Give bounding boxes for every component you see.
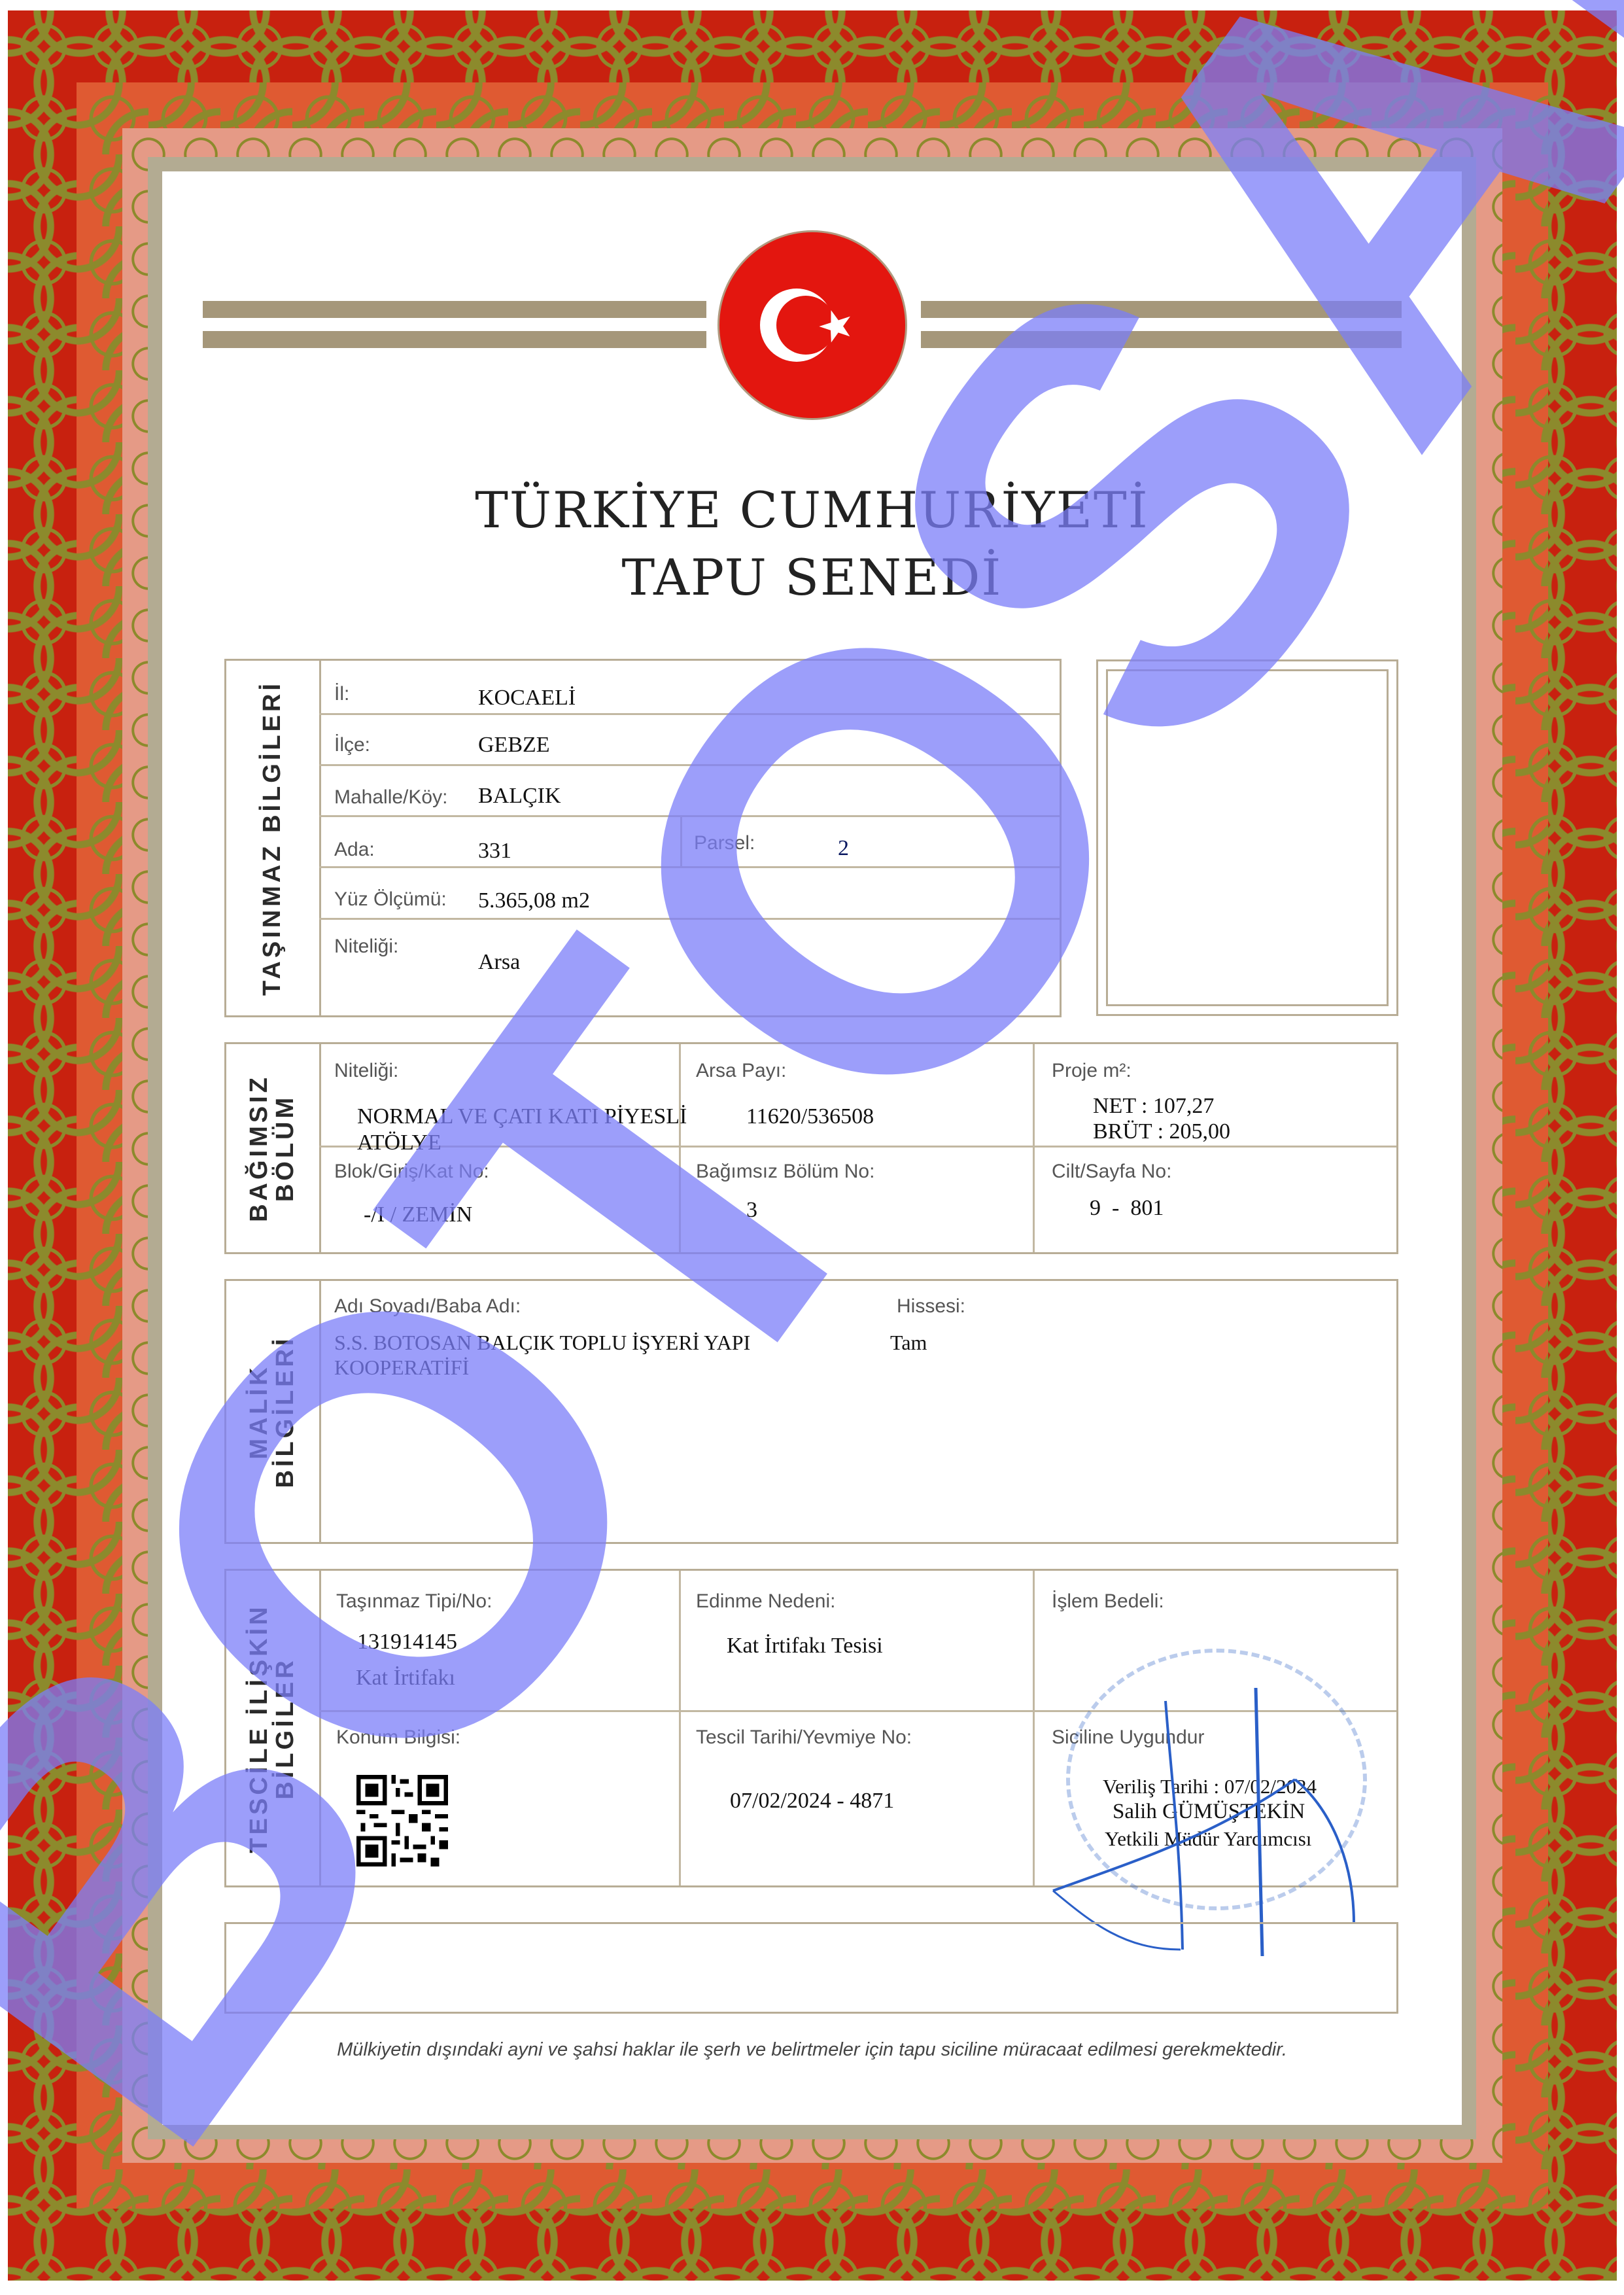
remarks-box xyxy=(224,1922,1398,2014)
proje-label: Proje m²: xyxy=(1052,1060,1132,1082)
konum-label: Konum Bilgisi: xyxy=(336,1726,460,1749)
section-bagimsiz-sidebar: BAĞIMSIZ BÖLÜM xyxy=(226,1044,321,1252)
document-subtitle: TAPU SENEDİ xyxy=(0,548,1624,606)
mahalle-label: Mahalle/Köy: xyxy=(334,786,447,809)
column-divider xyxy=(1033,1044,1035,1252)
edinme-value: Kat İrtifakı Tesisi xyxy=(727,1634,883,1658)
section-malik-sidebar: MALİK BİLGİLERİ xyxy=(226,1281,321,1542)
section-malik-title-line2: BİLGİLERİ xyxy=(273,1335,299,1488)
section-tescil-title-line2: BİLGİLER xyxy=(273,1603,299,1853)
proje-brut-value: BRÜT : 205,00 xyxy=(1093,1119,1230,1144)
adi-line2: KOOPERATİFİ xyxy=(334,1356,469,1380)
ada-label: Ada: xyxy=(334,839,375,861)
yuz-olcumu-label: Yüz Ölçümü: xyxy=(334,888,447,911)
bb-niteligi-label: Niteliği: xyxy=(334,1060,398,1082)
hissesi-value: Tam xyxy=(890,1331,927,1355)
mahalle-value: BALÇIK xyxy=(478,784,561,809)
column-divider xyxy=(679,1044,681,1252)
tescil-tarihi-value: 07/02/2024 - 4871 xyxy=(730,1789,894,1813)
ilce-value: GEBZE xyxy=(478,733,550,758)
il-label: İl: xyxy=(334,683,349,705)
row-divider xyxy=(319,713,1060,715)
niteligi-label: Niteliği: xyxy=(334,936,398,958)
parsel-value: 2 xyxy=(838,836,849,861)
il-value: KOCAELİ xyxy=(478,686,576,710)
row-divider xyxy=(319,764,1060,766)
document-title: TÜRKİYE CUMHURİYETİ xyxy=(0,481,1624,539)
section-tasinmaz-sidebar: TAŞINMAZ BİLGİLERİ xyxy=(226,661,321,1015)
niteligi-value: Arsa xyxy=(478,950,520,975)
tasinmaz-tipi-label: Taşınmaz Tipi/No: xyxy=(336,1590,492,1613)
row-divider xyxy=(319,866,1060,868)
bb-niteligi-line2: ATÖLYE xyxy=(357,1130,441,1155)
proje-net-value: NET : 107,27 xyxy=(1093,1094,1214,1119)
row-divider xyxy=(319,918,1060,920)
row-divider xyxy=(319,1146,1396,1147)
hissesi-label: Hissesi: xyxy=(897,1295,965,1318)
adi-line1: S.S. BOTOSAN BALÇIK TOPLU İŞYERİ YAPI xyxy=(334,1331,750,1355)
section-bagimsiz-title: BAĞIMSIZ BÖLÜM xyxy=(247,1074,299,1222)
section-tescil-sidebar: TESCİLE İLİŞKİN BİLGİLER xyxy=(226,1571,321,1885)
ada-value: 331 xyxy=(478,839,511,864)
cilt-value: 9 - 801 xyxy=(1090,1196,1164,1221)
tasinmaz-tipi-value: Kat İrtifakı xyxy=(356,1666,455,1691)
section-tasinmaz-title: TAŞINMAZ BİLGİLERİ xyxy=(260,680,286,996)
blok-value: -/I / ZEMİN xyxy=(364,1202,472,1227)
footer-note: Mülkiyetin dışındaki ayni ve şahsi hakla… xyxy=(0,2039,1624,2061)
arsa-payi-label: Arsa Payı: xyxy=(696,1060,786,1082)
section-tescil-title-line1: TESCİLE İLİŞKİN xyxy=(247,1603,273,1853)
section-malik-title-line1: MALİK xyxy=(247,1335,273,1488)
section-bagimsiz-title-line1: BAĞIMSIZ xyxy=(247,1074,273,1222)
bb-niteligi-line1: NORMAL VE ÇATI KATI PİYESLİ xyxy=(357,1104,687,1129)
tasinmaz-no-value: 131914145 xyxy=(357,1630,457,1655)
edinme-label: Edinme Nedeni: xyxy=(696,1590,835,1613)
tescil-tarihi-label: Tescil Tarihi/Yevmiye No: xyxy=(696,1726,912,1749)
ilce-label: İlçe: xyxy=(334,734,370,756)
header-rule-left xyxy=(203,301,706,348)
adi-label: Adı Soyadı/Baba Adı: xyxy=(334,1295,521,1318)
column-divider xyxy=(680,815,682,866)
header-rule-right xyxy=(921,301,1402,348)
arsa-payi-value: 11620/536508 xyxy=(746,1104,874,1129)
signature xyxy=(1046,1675,1413,1963)
bagimsiz-no-value: 3 xyxy=(746,1198,757,1223)
parsel-label: Parsel: xyxy=(694,832,755,854)
section-malik: MALİK BİLGİLERİ Adı Soyadı/Baba Adı: S.S… xyxy=(224,1279,1398,1544)
qr-code-icon[interactable] xyxy=(356,1773,448,1868)
photo-box xyxy=(1096,659,1398,1016)
section-bagimsiz-title-line2: BÖLÜM xyxy=(273,1074,299,1222)
blok-label: Blok/Giriş/Kat No: xyxy=(334,1161,489,1183)
yuz-olcumu-value: 5.365,08 m2 xyxy=(478,888,590,913)
column-divider xyxy=(1033,1571,1035,1885)
islem-bedeli-label: İşlem Bedeli: xyxy=(1052,1590,1164,1613)
section-tescil-title: TESCİLE İLİŞKİN BİLGİLER xyxy=(247,1603,299,1853)
bagimsiz-no-label: Bağımsız Bölüm No: xyxy=(696,1161,874,1183)
row-divider xyxy=(319,815,1060,817)
flag-emblem-icon xyxy=(719,232,905,418)
section-malik-title: MALİK BİLGİLERİ xyxy=(247,1335,299,1488)
cilt-label: Cilt/Sayfa No: xyxy=(1052,1161,1171,1183)
section-tasinmaz: TAŞINMAZ BİLGİLERİ İl: KOCAELİ İlçe: GEB… xyxy=(224,659,1062,1017)
column-divider xyxy=(679,1571,681,1885)
section-bagimsiz-bolum: BAĞIMSIZ BÖLÜM Niteliği: NORMAL VE ÇATI … xyxy=(224,1042,1398,1254)
